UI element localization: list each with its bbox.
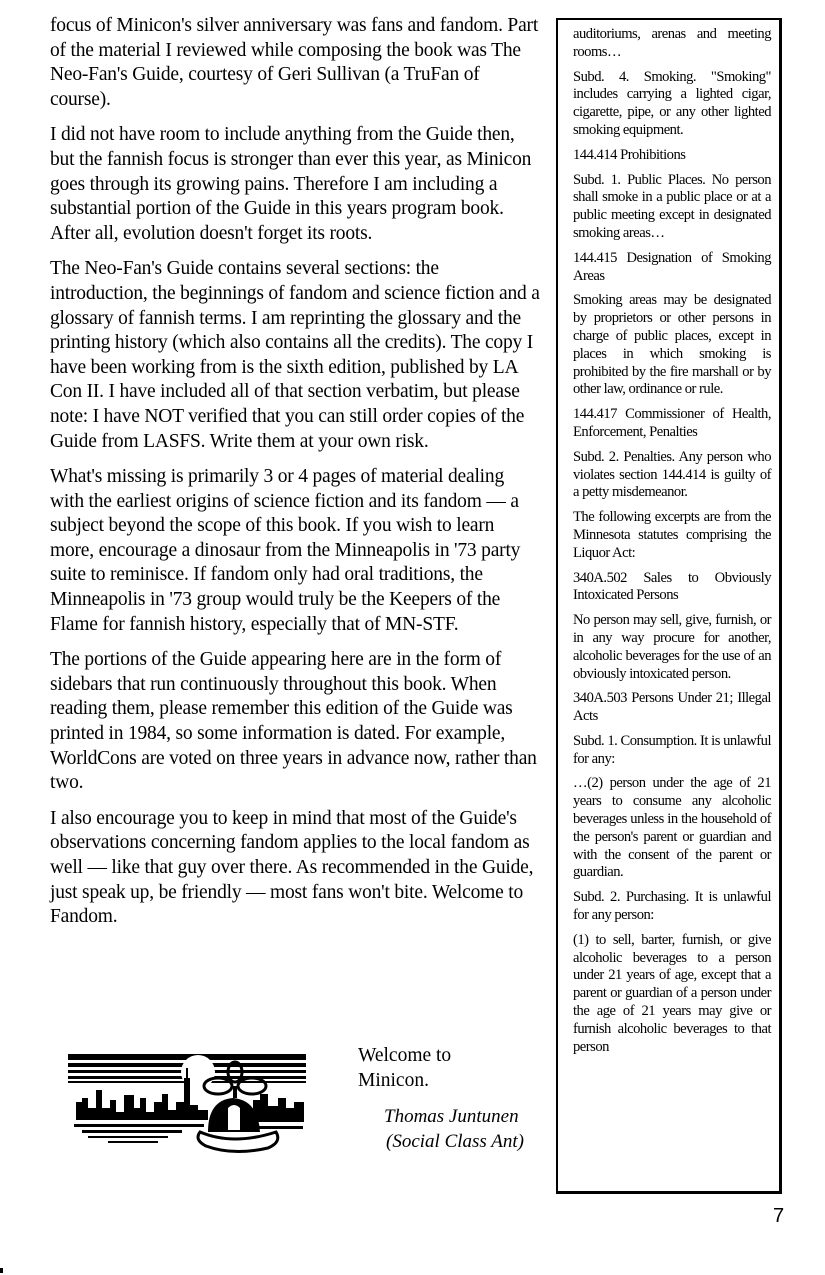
- article-paragraph: focus of Minicon's silver anniversary wa…: [50, 14, 540, 112]
- article-paragraph: I did not have room to include anything …: [50, 123, 540, 246]
- sidebar-heading: 144.417 Commissioner of Health, Enforcem…: [573, 406, 771, 442]
- welcome-line: Welcome to: [358, 1044, 451, 1069]
- sidebar-paragraph: auditoriums, arenas and meeting rooms…: [573, 26, 771, 62]
- author-name: Thomas Juntunen: [384, 1105, 524, 1130]
- sidebar-heading: 340A.502 Sales to Obviously Intoxicated …: [573, 570, 771, 606]
- sidebar-paragraph: (1) to sell, barter, furnish, or give al…: [573, 932, 771, 1057]
- sidebar-paragraph: Subd. 1. Consumption. It is unlawful for…: [573, 733, 771, 769]
- article-paragraph: What's missing is primarily 3 or 4 pages…: [50, 465, 540, 637]
- sidebar-paragraph: Subd. 2. Purchasing. It is unlawful for …: [573, 889, 771, 925]
- main-article: focus of Minicon's silver anniversary wa…: [50, 14, 540, 941]
- scan-artifact: [0, 1268, 3, 1273]
- sidebar-paragraph: No person may sell, give, furnish, or in…: [573, 612, 771, 683]
- author-title: (Social Class Ant): [384, 1130, 524, 1155]
- article-paragraph: The Neo-Fan's Guide contains several sec…: [50, 257, 540, 454]
- sidebar-heading: 144.415 Designation of Smoking Areas: [573, 250, 771, 286]
- sidebar-heading: 340A.503 Persons Under 21; Illegal Acts: [573, 690, 771, 726]
- skyline-beanie-illustration: [68, 1050, 308, 1154]
- statutes-sidebar: auditoriums, arenas and meeting rooms… S…: [556, 18, 782, 1194]
- sidebar-paragraph: …(2) person under the age of 21 years to…: [573, 775, 771, 882]
- sidebar-paragraph: Smoking areas may be designated by propr…: [573, 292, 771, 399]
- article-paragraph: The portions of the Guide appearing here…: [50, 648, 540, 796]
- welcome-message: Welcome to Minicon.: [358, 1044, 451, 1093]
- sidebar-heading: 144.414 Prohibitions: [573, 147, 771, 165]
- page-number: 7: [773, 1205, 784, 1228]
- sidebar-paragraph: Subd. 4. Smoking. "Smoking" includes car…: [573, 69, 771, 140]
- author-signature: Thomas Juntunen (Social Class Ant): [384, 1105, 524, 1154]
- sidebar-paragraph: Subd. 2. Penalties. Any person who viola…: [573, 449, 771, 502]
- city-skyline-icon: [68, 1050, 308, 1154]
- sidebar-paragraph: Subd. 1. Public Places. No person shall …: [573, 172, 771, 243]
- sidebar-paragraph: The following excerpts are from the Minn…: [573, 509, 771, 562]
- welcome-line: Minicon.: [358, 1069, 451, 1094]
- article-paragraph: I also encourage you to keep in mind tha…: [50, 807, 540, 930]
